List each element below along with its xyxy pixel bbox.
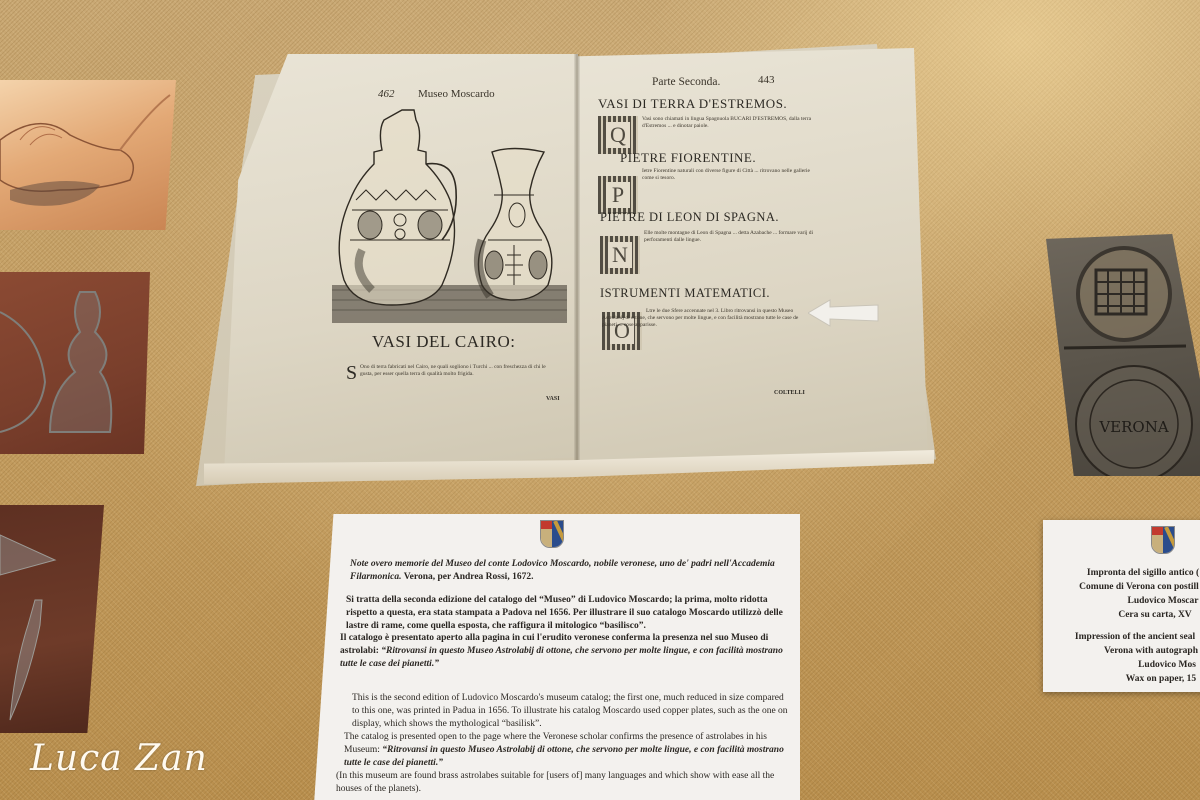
vase-engraving-icon (0, 272, 150, 454)
heading-pietre-fiorentine: PIETRE FIORENTINE. (620, 150, 756, 166)
blade-engraving-icon (0, 505, 104, 733)
copper-plate-basilisk (0, 80, 176, 230)
left-body-text: Ono di terra fabricati nel Cairo, ne qua… (360, 364, 560, 388)
book-gutter (574, 54, 580, 474)
istrumenti-body: Ltre le due Sfere accennate nel 3. Libro… (602, 308, 812, 388)
citation-publisher: Verona, per Andrea Rossi, 1672. (404, 572, 534, 582)
english-paragraph-3: (In this museum are found brass astrolab… (336, 770, 792, 796)
seal-caption-it-2: Comune di Verona con postill (1039, 580, 1200, 595)
heading-vasi-del-cairo: VASI DEL CAIRO: (372, 332, 516, 352)
english-paragraph-1: This is the second edition of Ludovico M… (352, 692, 792, 731)
estremos-body: Vasi sono chiamati in lingua Spagnuola B… (642, 116, 812, 154)
left-page-number: 462 (378, 88, 395, 100)
left-catchword: VASI (546, 396, 560, 402)
placard-citation: Note overo memorie del Museo del conte L… (350, 558, 790, 584)
drop-cap-s: S (346, 362, 358, 385)
seal-caption-it-4: Cera su carta, XV (1055, 608, 1200, 623)
drop-cap-n: N (600, 236, 640, 274)
seal-caption-en-1: Impression of the ancient seal (1035, 630, 1200, 645)
italian-paragraph-2: Il catalogo è presentato aperto alla pag… (340, 632, 794, 671)
arrow-left-icon (808, 298, 880, 328)
heading-istrumenti-matematici: ISTRUMENTI MATEMATICI. (600, 286, 770, 301)
right-running-head: Parte Seconda. (652, 76, 720, 88)
drop-cap-q: Q (598, 116, 638, 154)
copper-plate-vases (0, 272, 150, 454)
verona-crest-icon (540, 520, 564, 548)
right-catchword: COLTELLI (774, 390, 805, 396)
seal-caption-en-4: Wax on paper, 15 (1061, 672, 1200, 687)
basilisk-engraving-icon (0, 80, 176, 230)
right-page-number: 443 (758, 74, 775, 86)
fiorentine-body: Ietre Fiorentine naturali con diverse fi… (642, 168, 812, 208)
leon-body: Elle molte montagne di Leon di Spagna ..… (644, 230, 814, 286)
copper-plate-blades (0, 505, 104, 733)
italian-paragraph-1: Si tratta della seconda edizione del cat… (346, 594, 794, 633)
photographer-watermark: Luca Zan (30, 738, 208, 779)
vases-illustration-icon (322, 100, 572, 328)
drop-cap-p: P (598, 176, 638, 214)
heading-leon-di-spagna: PIETRE DI LEON DI SPAGNA. (600, 210, 779, 225)
seal-caption-it-3: Ludovico Moscar (1063, 594, 1200, 609)
seal-caption-it-1: Impronta del sigillo antico ( (1043, 566, 1200, 581)
main-placard: Note overo memorie del Museo del conte L… (314, 514, 800, 800)
verona-crest-icon (1151, 526, 1175, 554)
heading-estremos: VASI DI TERRA D'ESTREMOS. (598, 96, 787, 112)
english-paragraph-2: The catalog is presented open to the pag… (344, 731, 792, 770)
seal-caption-en-2: Verona with autograph (1051, 644, 1200, 659)
seal-inscription: VERONA (1098, 418, 1168, 436)
seal-placard: Impronta del sigillo antico ( Comune di … (1043, 520, 1200, 692)
seal-caption-en-3: Ludovico Mos (1067, 658, 1200, 673)
left-running-head: Museo Moscardo (418, 88, 495, 100)
